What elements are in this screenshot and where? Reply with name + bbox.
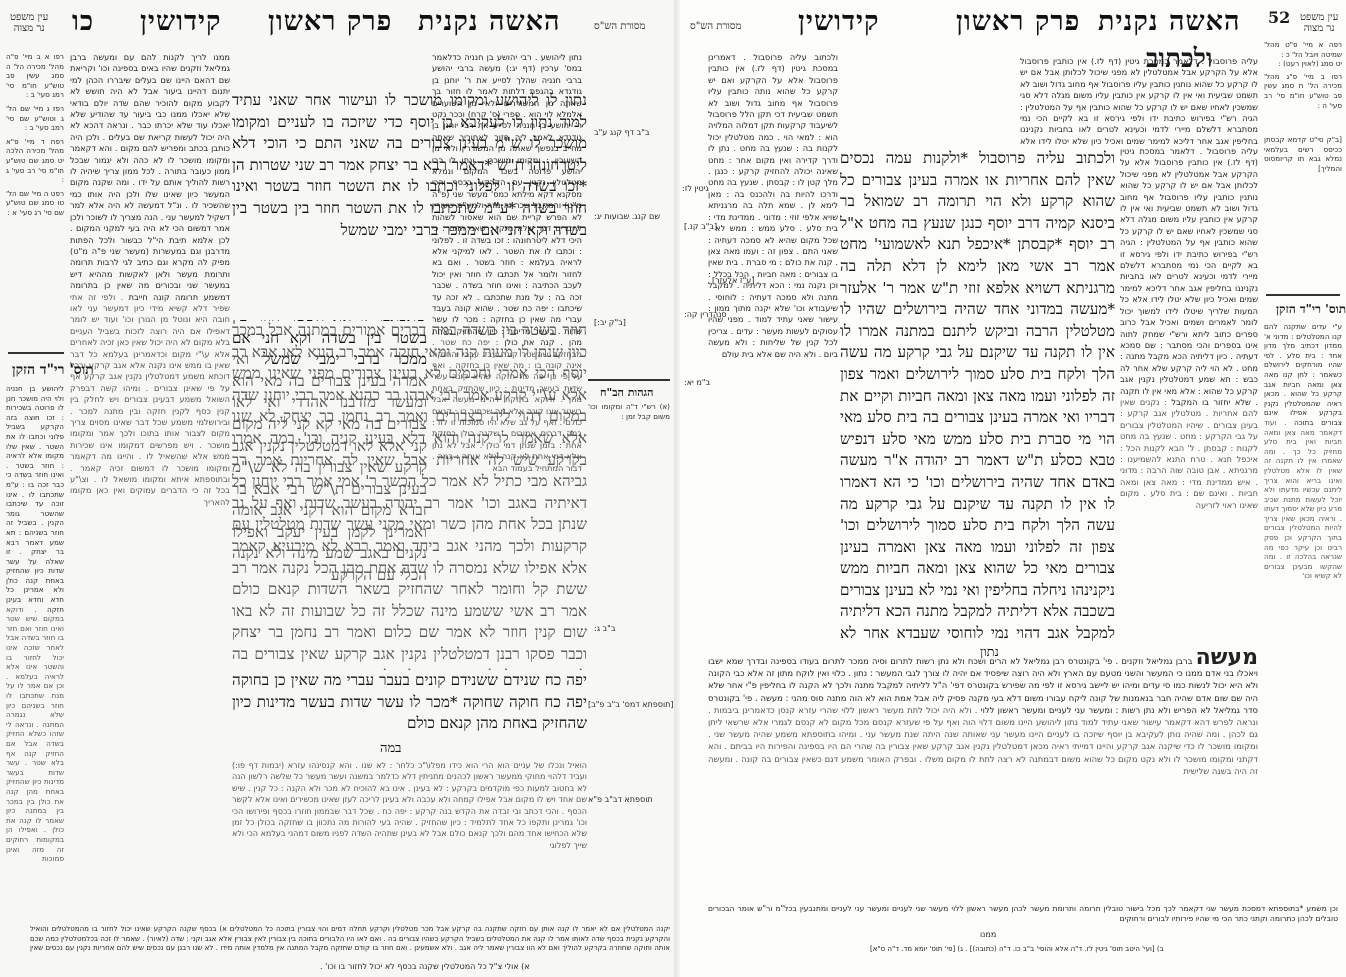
right-tractate-title: קידושין <box>798 6 880 37</box>
right-masoret-label: מסורת הש"ס <box>690 14 741 33</box>
right-masoret-ref: [ב"ב קנ.] <box>684 222 717 231</box>
right-inner-commentary: ולכתוב עליה פרוסבול . דאמרינן במסכת גיטי… <box>708 52 838 652</box>
ornament-divider <box>588 375 670 385</box>
left-masoret-label: מסורת הש"ס <box>594 14 645 33</box>
left-tosafot: ממנו לריך לקנות להם עם ומעשה ברבן גמליאל… <box>70 52 230 897</box>
ornament-divider <box>1266 290 1340 300</box>
right-page-number: 52 <box>1268 8 1290 27</box>
left-tosafot-rid-title: תוס' רי"ד הזקן <box>12 362 94 379</box>
right-gemara-main: ולכתוב עליה פרוסבול *ולקנות עמה נכסים שא… <box>840 148 1115 646</box>
left-page-letter: כו <box>72 6 94 37</box>
right-footnote: ב) [ועי' היטב תוס' גיטין לז. ד"ה אלא והו… <box>870 945 1164 953</box>
right-bottom-catchword: ממנו <box>980 930 996 939</box>
right-top-commentary: עליה פרוסבול . דלאמר במסכת גיטין (דף לז.… <box>1020 56 1258 146</box>
left-gemara-catchword: במה <box>380 738 401 760</box>
left-rashi: נתון ליהושע . רבי יהושע בן חנניה כדלאמר … <box>432 52 582 742</box>
left-lower-commentary: הואיל ונכלו של עניים הוא הרי הוא כידו מפ… <box>232 760 587 910</box>
right-masoret-ref: ב"מ יא: <box>684 378 710 387</box>
right-lower-commentary: מעשה ברבן גמליאל וזקנים . פי' בקונטרס רב… <box>708 652 1258 897</box>
right-ein-mishpat-label: עין משפט נר מצוה <box>1300 12 1338 34</box>
left-chapter-title: פרק ראשון <box>268 6 392 37</box>
ornament-divider <box>8 348 64 358</box>
right-rid-text: ע"י עדים שתקנה להם קנו המטלטלים : מדוני … <box>1264 322 1342 902</box>
left-ein-mishpat: רפו א ב מיי' פ"ה מהל' מכירה הל' ה סמג עש… <box>6 52 64 292</box>
hagahot-habach-text: (א) רש"י ד"ה ומקומו וכו' משום קבל זמן : <box>588 402 670 432</box>
left-tractate-title: קידושין <box>140 6 222 37</box>
right-page: מסורת הש"ס קידושין פרק ראשון האשה נקנית … <box>680 0 1346 977</box>
left-bottom-commentary: יקנה המטלטלין אם לא יאמר לו קנה אותן עם … <box>30 925 670 955</box>
left-masoret-ref: שם קנג. שבועות יג: <box>594 212 660 221</box>
left-masoret-ref: [תוספתא דמס' ב"ב פ"ב] <box>588 700 674 709</box>
right-chapter-name: האשה נקנית <box>1098 6 1240 37</box>
right-ein-mishpat: רפה א מיי' פ"ט מהל' שמיטה ויובל הל' כ : … <box>1264 40 1342 120</box>
left-tosafot-rid: ליהושע בן חנניה ולוי היה מושכר חנן לו פר… <box>6 384 64 904</box>
right-masoret-ref: גיטין לז: <box>682 184 709 193</box>
left-masoret-ref: תוספתא דב"ב פ"א <box>588 795 653 804</box>
right-masoret-ref: סנהדרין קה: <box>684 310 727 319</box>
left-masoret-ref: ב"ב דף קנג ע"ב <box>594 128 650 137</box>
left-ein-mishpat-label: עין משפט נר מצוה <box>10 12 48 34</box>
right-masoret-ref: [ע"ז אלעזר] <box>712 276 754 285</box>
hagahot-habach-title: הגהות הב"ח <box>600 386 654 399</box>
left-page: עין משפט נר מצוה כו קידושין פרק ראשון הא… <box>0 0 680 977</box>
right-bottom-commentary: וכן משמע *בתוספתא דמסכת מעשר שני דקאמר ל… <box>708 904 1338 936</box>
right-rid-title: תוס' רי"ד הזקן <box>1276 302 1346 317</box>
left-footnote: א) אולי צ"ל כל המטלטלין שקנה בכסף לא יכו… <box>320 962 530 971</box>
left-masoret-ref: ב"ב ג: <box>594 624 615 633</box>
right-chapter-title: פרק ראשון <box>956 6 1080 37</box>
left-chapter-name: האשה נקנית <box>418 6 560 37</box>
right-masoret-block: [ב"ק סי"ט קדמא קבסתן ככיסס רשים בעלמאי נ… <box>1264 135 1342 175</box>
left-masoret-ref: [ב"ק יב:] <box>594 318 626 327</box>
right-outer-commentary: עליה פרוסבול . דלאמר במסכת גיטין (דף לז.… <box>1120 146 1258 646</box>
